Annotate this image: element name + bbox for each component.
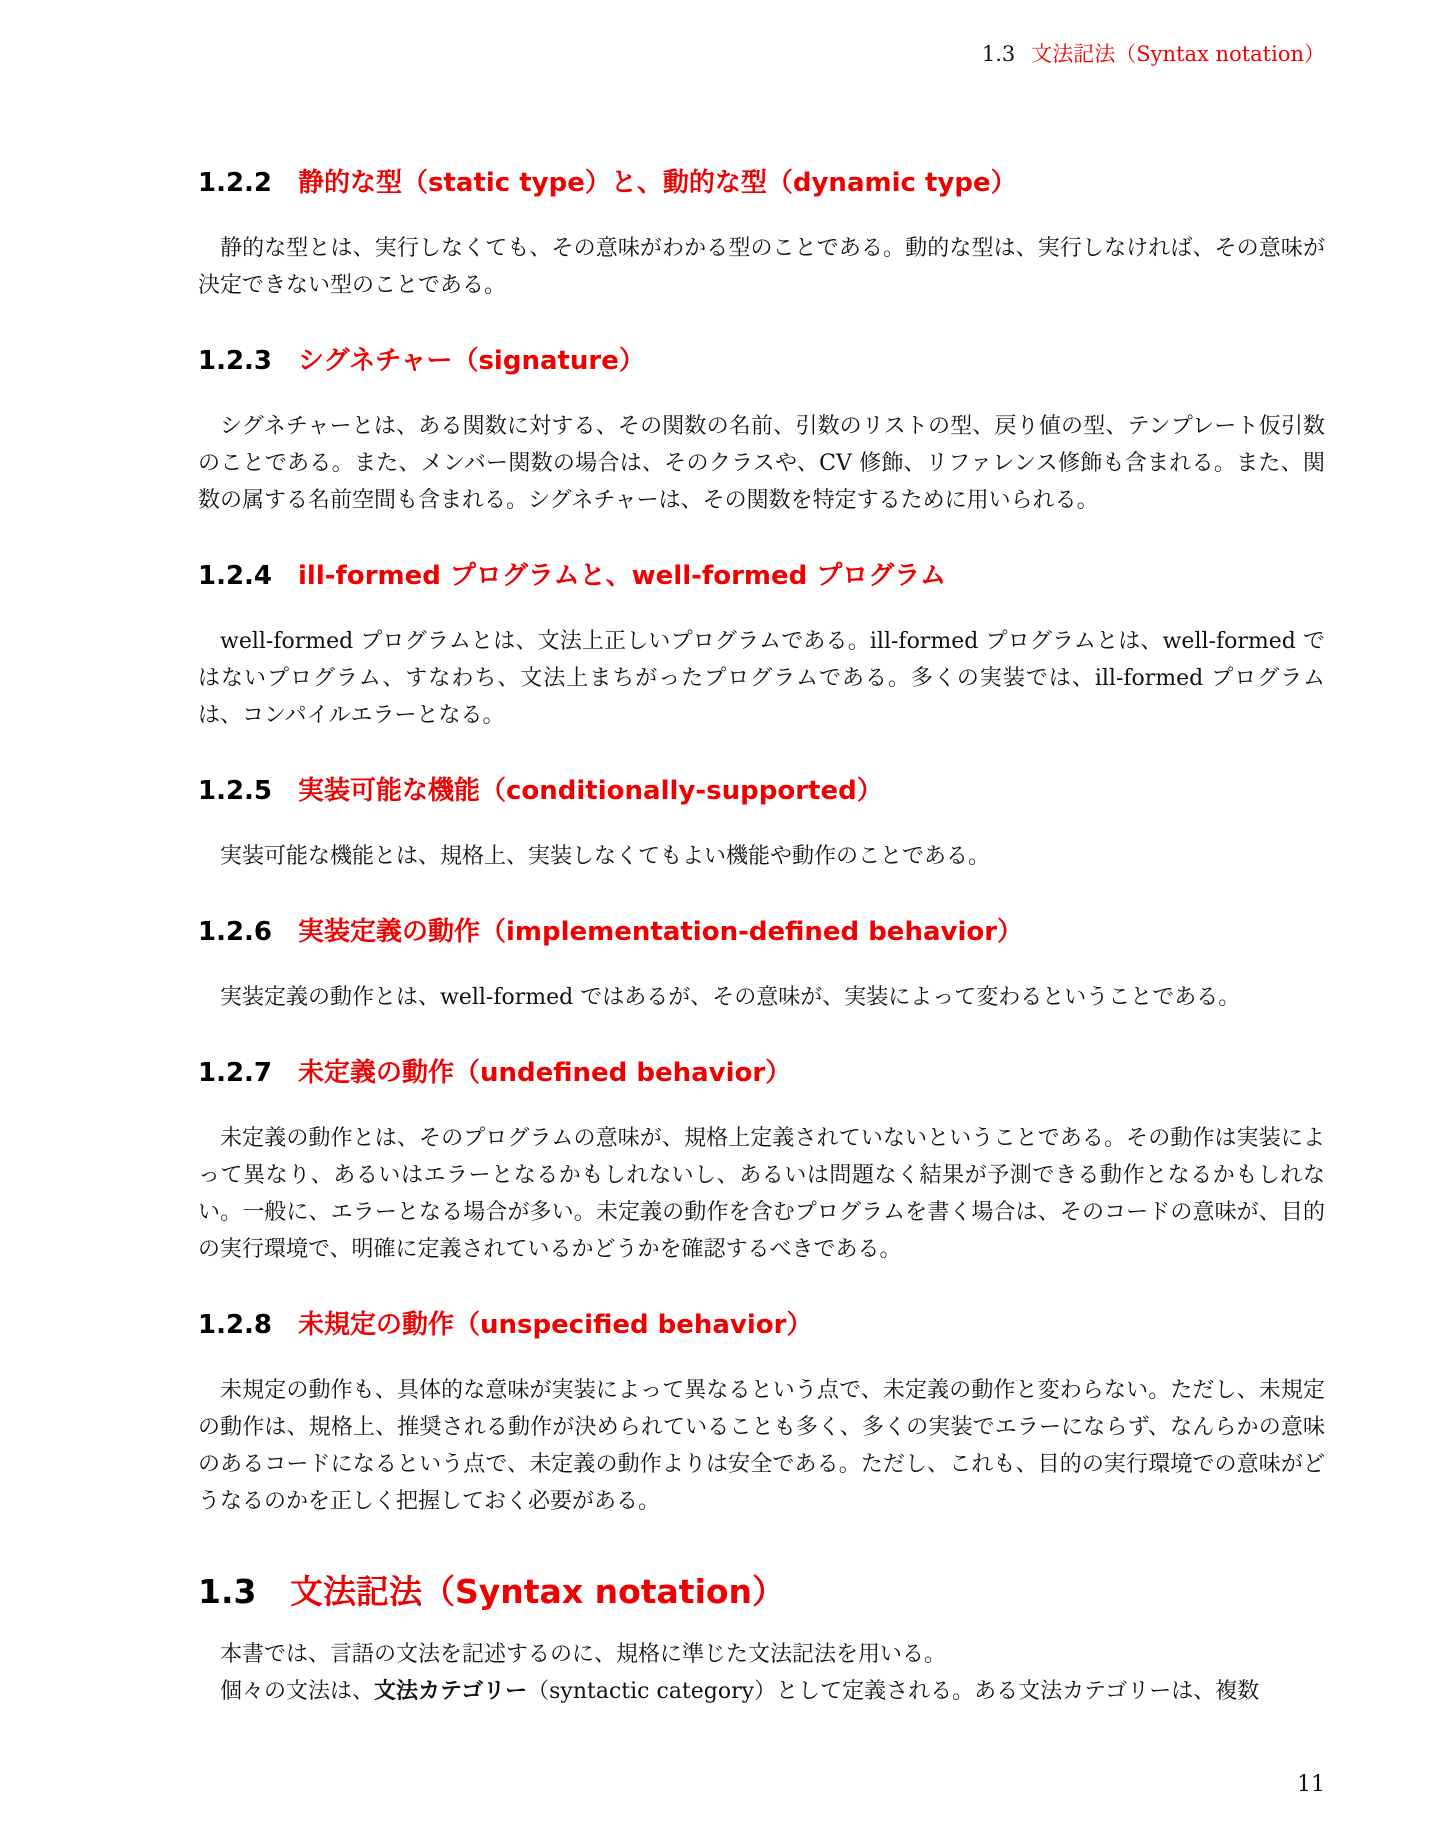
section-title: ill-formed プログラムと、well-formed プログラム	[298, 561, 946, 591]
section-number: 1.2.7	[198, 1058, 298, 1088]
section-heading: 1.2.3シグネチャー（signature）	[198, 346, 1325, 376]
section-title: 実装可能な機能（conditionally-supported）	[298, 776, 883, 806]
section-heading: 1.2.5実装可能な機能（conditionally-supported）	[198, 776, 1325, 806]
section-heading: 1.2.8未規定の動作（unspecified behavior）	[198, 1310, 1325, 1340]
paragraph: 未規定の動作も、具体的な意味が実装によって異なるという点で、未定義の動作と変わら…	[198, 1372, 1325, 1520]
running-header-title: 文法記法（Syntax notation）	[1031, 42, 1325, 66]
section-1-2-7: 1.2.7未定義の動作（undefined behavior） 未定義の動作とは…	[198, 1058, 1325, 1268]
section-number: 1.3	[198, 1572, 290, 1612]
paragraph: 個々の文法は、文法カテゴリー（syntactic category）として定義さ…	[198, 1673, 1325, 1710]
section-heading: 1.3文法記法（Syntax notation）	[198, 1572, 1325, 1612]
paragraph: 静的な型とは、実行しなくても、その意味がわかる型のことである。動的な型は、実行し…	[198, 230, 1325, 304]
section-title: シグネチャー（signature）	[298, 346, 645, 376]
paragraph: well-formed プログラムとは、文法上正しいプログラムである。ill-f…	[198, 623, 1325, 734]
bold-term: 文法カテゴリー	[374, 1679, 527, 1704]
section-1-2-3: 1.2.3シグネチャー（signature） シグネチャーとは、ある関数に対する…	[198, 346, 1325, 519]
section-heading: 1.2.7未定義の動作（undefined behavior）	[198, 1058, 1325, 1088]
section-heading: 1.2.6実装定義の動作（implementation-defined beha…	[198, 917, 1325, 947]
paragraph: 未定義の動作とは、そのプログラムの意味が、規格上定義されていないということである…	[198, 1120, 1325, 1268]
section-1-2-5: 1.2.5実装可能な機能（conditionally-supported） 実装…	[198, 776, 1325, 875]
page-content: 1.3文法記法（Syntax notation） 1.2.2静的な型（stati…	[198, 40, 1325, 1710]
section-1-2-4: 1.2.4ill-formed プログラムと、well-formed プログラム…	[198, 561, 1325, 734]
section-title: 静的な型（static type）と、動的な型（dynamic type）	[298, 168, 1017, 198]
section-number: 1.2.3	[198, 346, 298, 376]
paragraph: シグネチャーとは、ある関数に対する、その関数の名前、引数のリストの型、戻り値の型…	[198, 408, 1325, 519]
section-heading: 1.2.4ill-formed プログラムと、well-formed プログラム	[198, 561, 1325, 591]
section-1-2-8: 1.2.8未規定の動作（unspecified behavior） 未規定の動作…	[198, 1310, 1325, 1520]
section-1-2-6: 1.2.6実装定義の動作（implementation-defined beha…	[198, 917, 1325, 1016]
paragraph: 実装定義の動作とは、well-formed ではあるが、その意味が、実装によって…	[198, 979, 1325, 1016]
section-title: 未規定の動作（unspecified behavior）	[298, 1310, 812, 1340]
section-number: 1.2.8	[198, 1310, 298, 1340]
running-header: 1.3文法記法（Syntax notation）	[198, 40, 1325, 68]
paragraph: 本書では、言語の文法を記述するのに、規格に準じた文法記法を用いる。	[198, 1636, 1325, 1673]
section-number: 1.2.5	[198, 776, 298, 806]
paragraph-text: 個々の文法は、	[220, 1679, 374, 1704]
page-number: 11	[1297, 1772, 1325, 1797]
section-number: 1.2.6	[198, 917, 298, 947]
section-1-3: 1.3文法記法（Syntax notation） 本書では、言語の文法を記述する…	[198, 1572, 1325, 1710]
paragraph-text: （syntactic category）として定義される。ある文法カテゴリーは、…	[527, 1679, 1259, 1704]
section-title: 未定義の動作（undefined behavior）	[298, 1058, 791, 1088]
section-number: 1.2.2	[198, 168, 298, 198]
section-heading: 1.2.2静的な型（static type）と、動的な型（dynamic typ…	[198, 168, 1325, 198]
section-number: 1.2.4	[198, 561, 298, 591]
section-1-2-2: 1.2.2静的な型（static type）と、動的な型（dynamic typ…	[198, 168, 1325, 304]
section-title: 実装定義の動作（implementation-defined behavior）	[298, 917, 1023, 947]
running-header-section-number: 1.3	[982, 42, 1015, 66]
document-page: 1.3文法記法（Syntax notation） 1.2.2静的な型（stati…	[0, 0, 1435, 1841]
paragraph: 実装可能な機能とは、規格上、実装しなくてもよい機能や動作のことである。	[198, 838, 1325, 875]
section-title: 文法記法（Syntax notation）	[290, 1572, 785, 1611]
